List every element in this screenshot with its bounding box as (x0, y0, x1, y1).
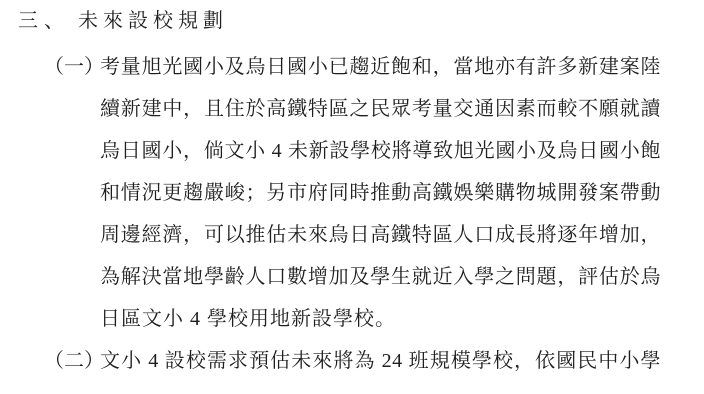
section-heading-title: 未來設校規劃 (78, 8, 228, 34)
paragraph-two-marker: （二） (44, 348, 104, 374)
paragraph-one-line-2: 續新建中，且住於高鐵特區之民眾考量交通因素而較不願就讀 (100, 96, 661, 122)
document-page: 三、 未來設校規劃 （一） 考量旭光國小及烏日國小已趨近飽和，當地亦有許多新建案… (0, 0, 704, 394)
paragraph-one-line-3: 烏日國小，倘文小 4 未新設學校將導致旭光國小及烏日國小飽 (100, 138, 661, 164)
section-number: 三、 (18, 8, 70, 34)
paragraph-one-line-5: 周邊經濟，可以推估未來烏日高鐵特區人口成長將逐年增加， (100, 222, 661, 248)
paragraph-one-line-4: 和情況更趨嚴峻；另市府同時推動高鐵娛樂購物城開發案帶動 (100, 180, 661, 206)
paragraph-one-line-6: 為解決當地學齡人口數增加及學生就近入學之問題，評估於烏 (100, 264, 661, 290)
paragraph-one-line-1: 考量旭光國小及烏日國小已趨近飽和，當地亦有許多新建案陸 (100, 54, 661, 80)
paragraph-one-line-7: 日區文小 4 學校用地新設學校。 (100, 306, 661, 332)
paragraph-one-marker: （一） (44, 54, 104, 80)
paragraph-two-line-1: 文小 4 設校需求預估未來將為 24 班規模學校，依國民中小學 (100, 348, 661, 374)
